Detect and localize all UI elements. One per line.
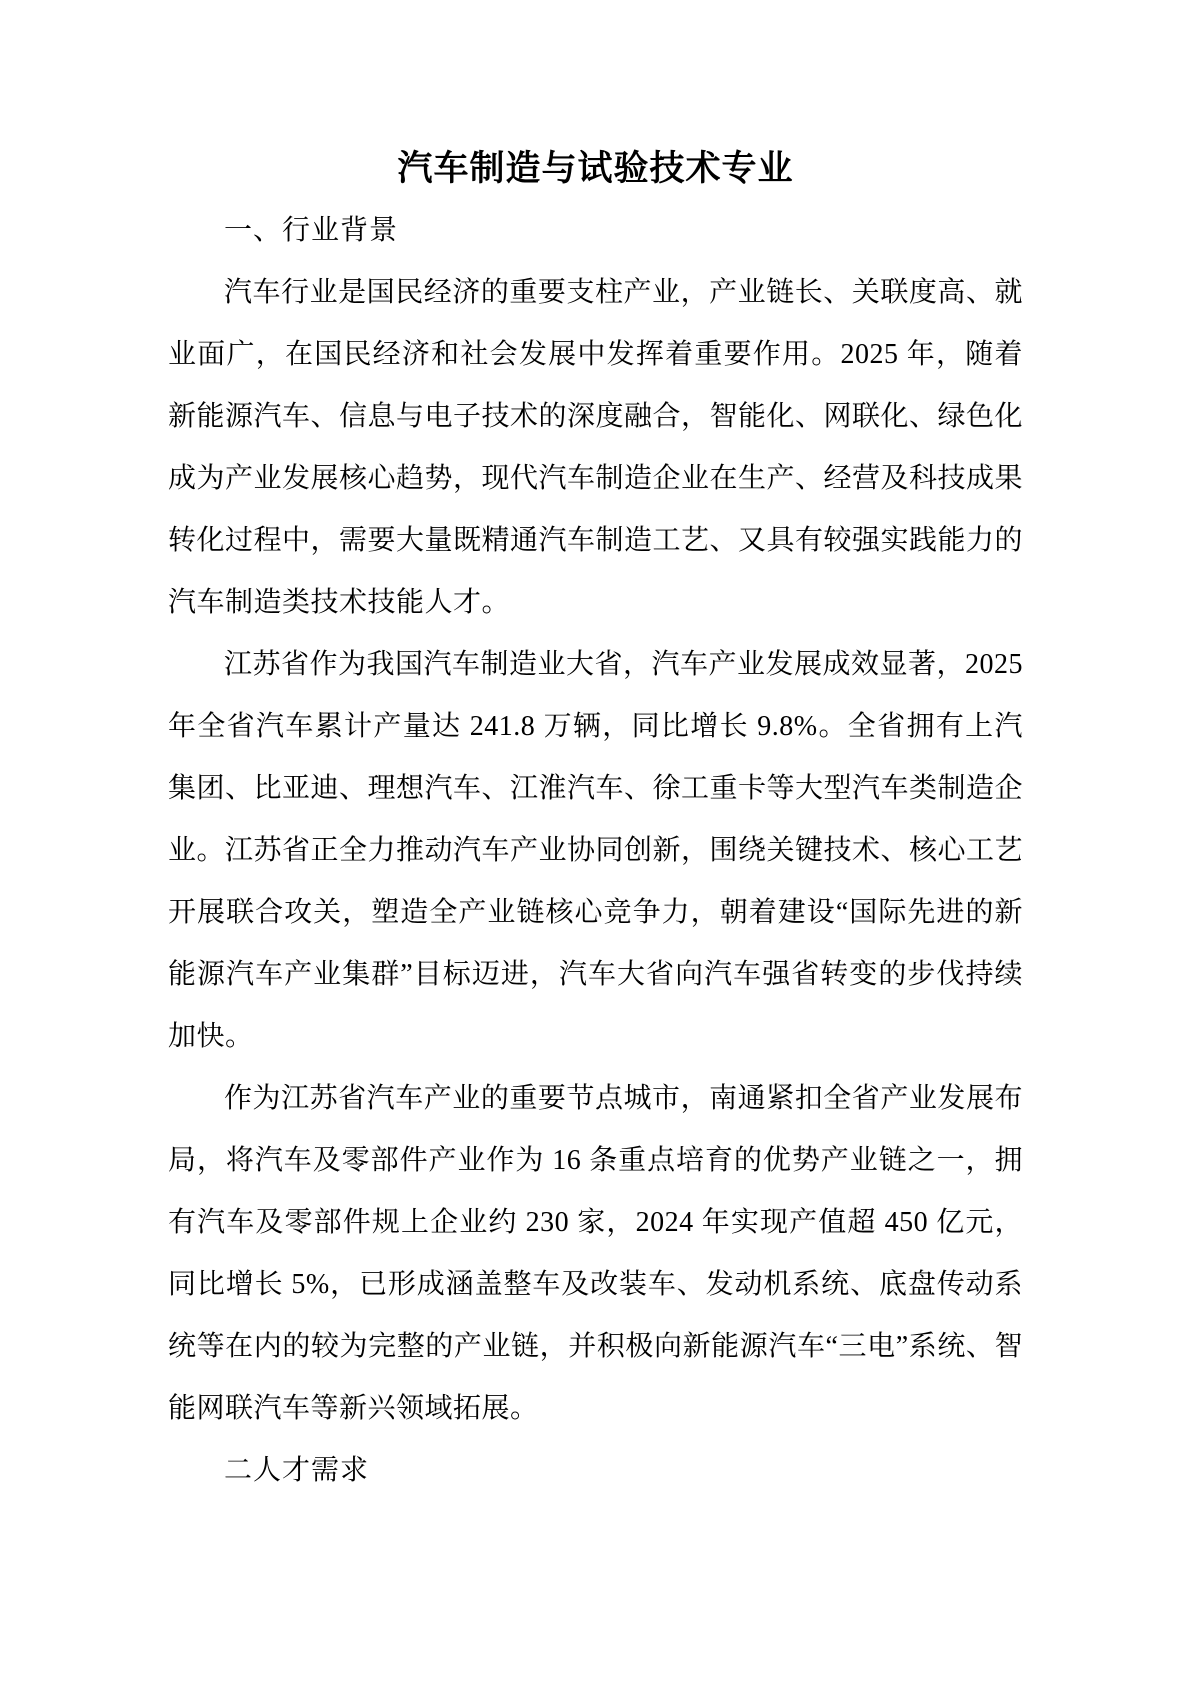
paragraph-nantong-city: 作为江苏省汽车产业的重要节点城市，南通紧扣全省产业发展布局，将汽车及零部件产业作… [168,1068,1023,1440]
document-title: 汽车制造与试验技术专业 [168,138,1023,200]
paragraph-jiangsu-province: 江苏省作为我国汽车制造业大省，汽车产业发展成效显著，2025 年全省汽车累计产量… [168,634,1023,1068]
paragraph-industry-overview: 汽车行业是国民经济的重要支柱产业，产业链长、关联度高、就业面广，在国民经济和社会… [168,262,1023,634]
section-heading-talent-demand: 二人才需求 [168,1440,1023,1502]
section-heading-industry-background: 一、行业背景 [168,200,1023,262]
document-page: 汽车制造与试验技术专业 一、行业背景 汽车行业是国民经济的重要支柱产业，产业链长… [0,0,1191,1684]
